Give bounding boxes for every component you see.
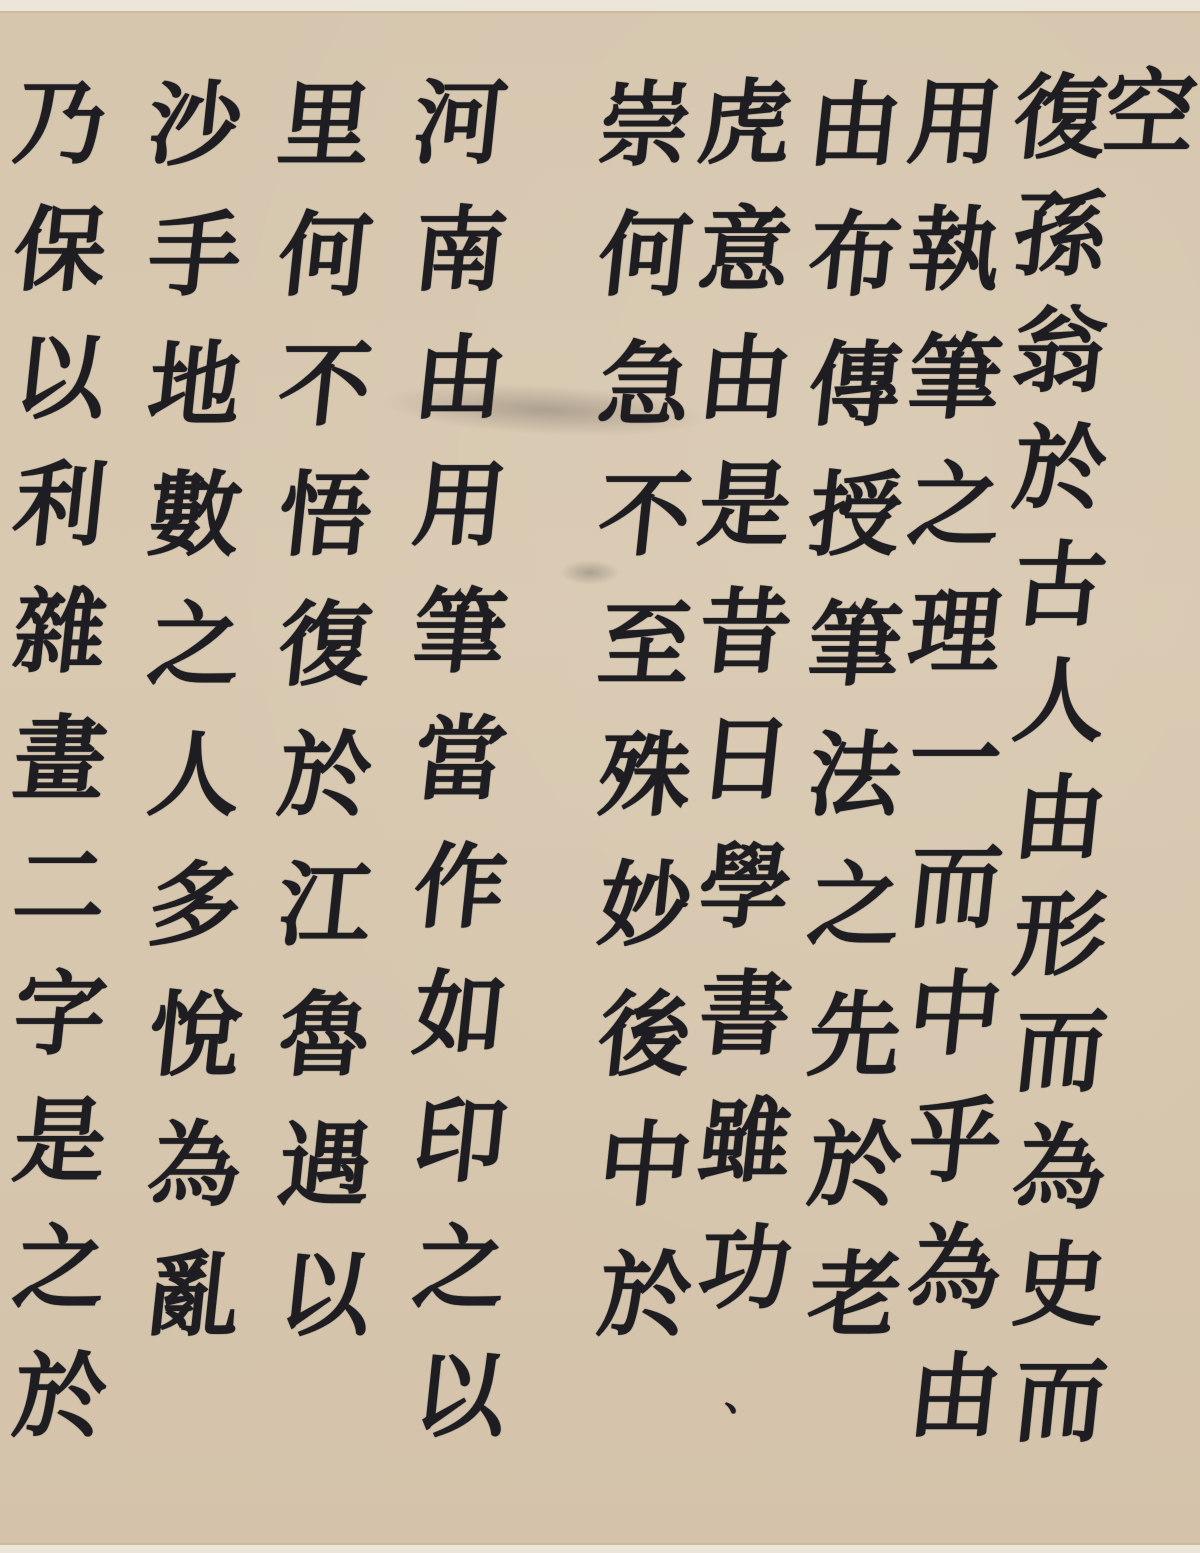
- calligraphy-character: 古: [1008, 527, 1112, 644]
- calligraphy-character: 乎: [902, 1078, 1007, 1205]
- calligraphy-character: 是: [7, 1078, 112, 1205]
- calligraphy-character: 之: [902, 442, 1007, 569]
- calligraphy-character: 作: [407, 824, 512, 951]
- calligraphy-character: 於: [592, 1230, 698, 1360]
- calligraphy-character: 為: [142, 1100, 248, 1230]
- calligraphy-character: 中: [902, 951, 1007, 1078]
- calligraphy-character: 而: [902, 824, 1007, 951]
- calligraphy-character: 利: [7, 442, 112, 569]
- calligraphy-character: 老: [802, 1230, 908, 1360]
- calligraphy-character: 學: [692, 824, 797, 951]
- calligraphy-character: 魯: [272, 970, 378, 1100]
- calligraphy-character: 之: [802, 840, 908, 970]
- calligraphy-character: 史: [1008, 1227, 1112, 1344]
- calligraphy-character: 以: [7, 315, 112, 442]
- calligraphy-character: 多: [142, 840, 248, 970]
- calligraphy-character: 妙: [592, 840, 698, 970]
- calligraphy-character: 傳: [802, 320, 908, 450]
- calligraphy-character: 而: [1008, 993, 1112, 1110]
- calligraphy-character: 亂: [142, 1230, 248, 1360]
- calligraphy-character: 執: [902, 187, 1007, 314]
- calligraphy-character: 法: [802, 710, 908, 840]
- calligraphy-character: 人: [1008, 643, 1112, 760]
- calligraphy-character: 孫: [1008, 177, 1112, 294]
- calligraphy-column: 復孫翁於古人由形而為史而: [1000, 60, 1120, 1460]
- scroll-bottom-border: [0, 1543, 1200, 1553]
- calligraphy-character: 是: [692, 442, 797, 569]
- calligraphy-character: 河: [407, 60, 512, 187]
- calligraphy-character: 形: [1008, 877, 1112, 994]
- calligraphy-character: 數: [142, 450, 248, 580]
- calligraphy-character: 之: [142, 580, 248, 710]
- calligraphy-character: 南: [407, 187, 512, 314]
- scroll-top-border: [0, 0, 1200, 13]
- calligraphy-character: 何: [592, 190, 698, 320]
- calligraphy-character: 用: [407, 442, 512, 569]
- calligraphy-character: 日: [692, 696, 797, 823]
- calligraphy-column: 沙手地數之人多悅為亂: [135, 60, 255, 1360]
- calligraphy-column: 河南由用筆當作如印之以: [400, 60, 520, 1460]
- calligraphy-character: 於: [1008, 410, 1112, 527]
- calligraphy-character: 為: [902, 1205, 1007, 1332]
- calligraphy-character: 手: [142, 190, 248, 320]
- calligraphy-character: 悅: [142, 970, 248, 1100]
- calligraphy-character: 一: [902, 696, 1007, 823]
- calligraphy-character: 由: [802, 60, 908, 190]
- calligraphy-character: 筆: [902, 315, 1007, 442]
- calligraphy-character: 何: [272, 190, 378, 320]
- calligraphy-column: 由布傳授筆法之先於老: [795, 60, 915, 1360]
- calligraphy-character: 功: [692, 1205, 797, 1332]
- calligraphy-character: 人: [142, 710, 248, 840]
- calligraphy-column: 崇何急不至殊妙後中於: [585, 60, 705, 1360]
- calligraphy-character: 悟: [272, 450, 378, 580]
- calligraphy-character: 布: [802, 190, 908, 320]
- calligraphy-character: 翁: [1008, 293, 1112, 410]
- calligraphy-character: 昔: [692, 569, 797, 696]
- calligraphy-character: 由: [407, 315, 512, 442]
- calligraphy-character: 不: [272, 320, 378, 450]
- calligraphy-character: 筆: [802, 580, 908, 710]
- calligraphy-character: 復: [1008, 60, 1112, 177]
- calligraphy-character: 崇: [592, 60, 698, 190]
- calligraphy-character: 乃: [7, 60, 112, 187]
- calligraphy-character: 、: [718, 1333, 771, 1460]
- calligraphy-character: 雖: [692, 1078, 797, 1205]
- calligraphy-character: 如: [407, 951, 512, 1078]
- calligraphy-character: 以: [272, 1230, 378, 1360]
- calligraphy-character: 於: [7, 1333, 112, 1460]
- calligraphy-character: 殊: [592, 710, 698, 840]
- calligraphy-character: 遇: [272, 1100, 378, 1230]
- calligraphy-character: 於: [802, 1100, 908, 1230]
- calligraphy-character: 地: [142, 320, 248, 450]
- calligraphy-character: 中: [592, 1100, 698, 1230]
- calligraphy-character: 雜: [7, 569, 112, 696]
- calligraphy-character: 至: [592, 580, 698, 710]
- calligraphy-character: 復: [272, 580, 378, 710]
- calligraphy-character: 以: [407, 1333, 512, 1460]
- calligraphy-character: 急: [592, 320, 698, 450]
- calligraphy-character: 字: [7, 951, 112, 1078]
- calligraphy-character: 而: [1008, 1343, 1112, 1460]
- calligraphy-character: 畫: [7, 696, 112, 823]
- calligraphy-character: 當: [407, 696, 512, 823]
- calligraphy-character: 之: [407, 1205, 512, 1332]
- calligraphy-character: 由: [692, 315, 797, 442]
- calligraphy-character: 筆: [407, 569, 512, 696]
- calligraphy-column: 里何不悟復於江魯遇以: [265, 60, 385, 1360]
- calligraphy-column: 乃保以利雜畫二字是之於: [0, 60, 120, 1460]
- calligraphy-character: 後: [592, 970, 698, 1100]
- calligraphy-character: 書: [692, 951, 797, 1078]
- calligraphy-character: 不: [592, 450, 698, 580]
- calligraphy-character: 江: [272, 840, 378, 970]
- calligraphy-character: 理: [902, 569, 1007, 696]
- calligraphy-character: 二: [7, 824, 112, 951]
- calligraphy-character: 印: [407, 1078, 512, 1205]
- calligraphy-character: 由: [902, 1333, 1007, 1460]
- calligraphy-character: 意: [692, 187, 797, 314]
- calligraphy-character: 沙: [142, 60, 248, 190]
- calligraphy-character: 保: [7, 187, 112, 314]
- calligraphy-character: 之: [7, 1205, 112, 1332]
- calligraphy-character: 用: [902, 60, 1007, 187]
- calligraphy-character: 里: [272, 60, 378, 190]
- calligraphy-character: 於: [272, 710, 378, 840]
- calligraphy-character: 為: [1008, 1110, 1112, 1227]
- calligraphy-character: 由: [1008, 760, 1112, 877]
- calligraphy-scroll: 空復孫翁於古人由形而為史而用執筆之理一而中乎為由由布傳授筆法之先於老虎意由是昔日…: [0, 0, 1200, 1553]
- calligraphy-character: 授: [802, 450, 908, 580]
- calligraphy-character: 先: [802, 970, 908, 1100]
- calligraphy-character: 虎: [692, 60, 797, 187]
